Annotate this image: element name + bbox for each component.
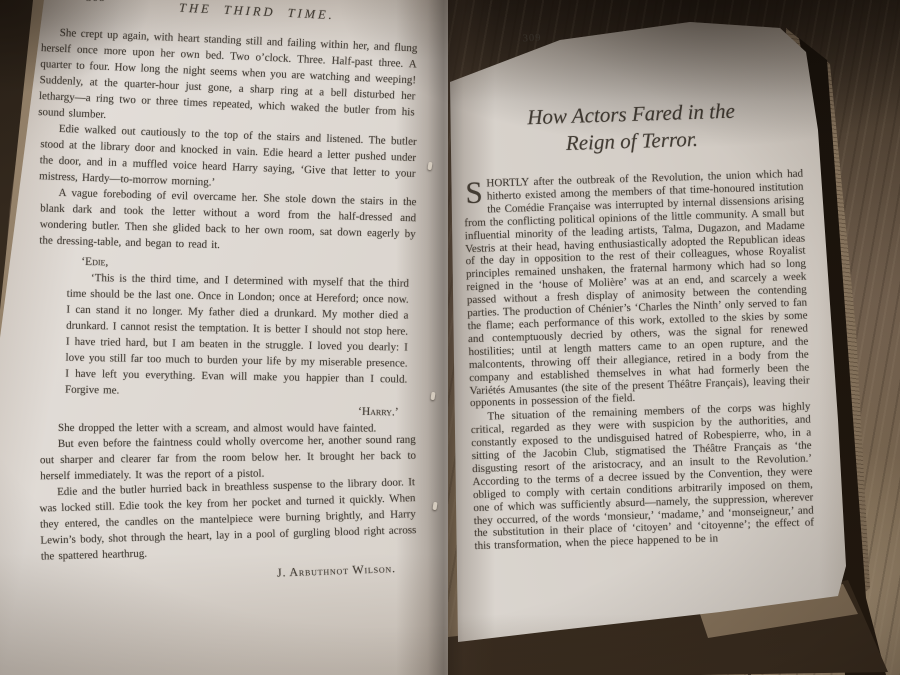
left-page-text: THE THIRD TIME. She crept up again, with… <box>40 0 416 587</box>
paragraph: A vague foreboding of evil overcame her.… <box>39 184 417 258</box>
paragraph: Edie and the butler hurried back in brea… <box>39 474 417 564</box>
chapter-body: SHORTLY after the outbreak of the Revolu… <box>463 168 815 554</box>
paragraph: SHORTLY after the outbreak of the Revolu… <box>463 168 810 411</box>
right-page-text: 309 How Actors Fared in theReign of Terr… <box>458 11 815 554</box>
paragraph: The situation of the remaining members o… <box>470 401 814 554</box>
paragraph: She crept up again, with heart standing … <box>38 24 418 136</box>
photo-of-open-book: 308 THE THIRD TIME. She crept up again, … <box>0 0 900 675</box>
chapter-title-line2: Reign of Terror. <box>566 127 699 155</box>
chapter-title-line1: How Actors Fared in the <box>527 99 735 130</box>
author-signature: J. Arbuthnot Wilson. <box>40 561 396 590</box>
letter-block: ‘Edie, ‘This is the third time, and I de… <box>65 254 410 421</box>
letter-body: ‘This is the third time, and I determine… <box>65 270 409 404</box>
chapter-title: How Actors Fared in theReign of Terror. <box>461 96 803 161</box>
right-page-number: 309 <box>522 25 798 45</box>
running-head: THE THIRD TIME. <box>40 0 416 27</box>
paragraph-text: HORTLY after the outbreak of the Revolut… <box>464 168 809 410</box>
drop-cap: S <box>463 178 487 206</box>
